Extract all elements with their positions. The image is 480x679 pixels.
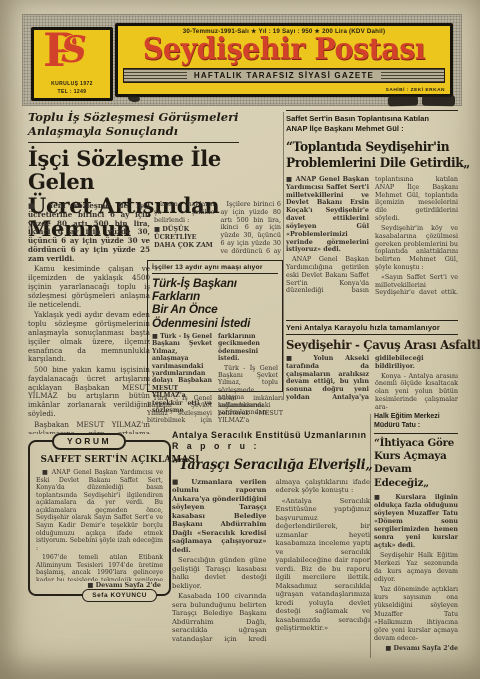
article-paragraph: lanan hakların şu şekilde belirlendi : bbox=[154, 201, 215, 224]
kicker-line: Halk Eğitim Merkezi bbox=[374, 412, 458, 421]
article-turkis-continuation: Türk - İş Genel Başkanı Şevket Yılmaz sö… bbox=[147, 395, 283, 431]
article-kicker: Yeni Antalya Karayolu hızla tamamlanıyor bbox=[286, 320, 458, 335]
logo-letter-s: S bbox=[61, 29, 87, 71]
logo-meta: KURULUŞ 1972 TEL : 1249 bbox=[34, 81, 110, 96]
logo-tel: TEL : 1249 bbox=[34, 89, 110, 97]
article-paragraph: ■ ANAP Genel Başkan Yardımcısı ve Eski D… bbox=[36, 469, 163, 552]
masthead-main: 30-Temmuz-1991-Salı ★ Yıl : 19 Sayı : 95… bbox=[115, 23, 453, 97]
headline-line: Bir An Önce Ödenmesini İstedi bbox=[152, 303, 278, 329]
kicker-line: Anlaşmayla Sonuçlandı bbox=[28, 124, 239, 138]
kicker-line: Müdürü Tatu : bbox=[374, 421, 458, 430]
continued-note: ■ Devamı Sayfa 2'de bbox=[83, 581, 161, 589]
article-body: ■ Kurslara ilginin oldukça fazla olduğun… bbox=[374, 494, 458, 674]
article-lead: ■ ANAP Genel Başkan Yardımcısı Saffet Se… bbox=[286, 176, 369, 254]
article-gul: Saffet Sert'in Basın Toplantısına Katıla… bbox=[286, 110, 458, 302]
article-sozlesme-col2: lanan hakların şu şekilde belirlendi : ■… bbox=[154, 201, 281, 259]
article-paragraph: Başbakan MESUT YILMAZ'ın açıklamasına gö… bbox=[28, 421, 150, 434]
headline-line: “Toplantıda Seydişehir'in bbox=[286, 140, 448, 156]
article-lead: ■ Uzmanlara verilen olumlu raporun Ankar… bbox=[172, 478, 267, 554]
article-kicker: Antalya Seracılık Enstitüsü Uzmanlarının… bbox=[172, 430, 370, 453]
headline-line: Kurs Açmaya bbox=[374, 450, 458, 463]
newspaper-logo: P S KURULUŞ 1972 TEL : 1249 bbox=[31, 27, 113, 101]
yorum-headline: SAFFET SERT'İN AÇIKLAMASI bbox=[40, 454, 158, 465]
scan-artifact bbox=[422, 95, 455, 107]
yorum-column: YORUM SAFFET SERT'İN AÇIKLAMASI ■ ANAP G… bbox=[28, 440, 171, 596]
article-body: ■ ANAP Genel Başkan Yardımcısı Saffet Se… bbox=[286, 176, 458, 302]
article-headline: Seydişehir - Çavuş Arası Asfaltlanıyor bbox=[286, 338, 453, 352]
article-paragraph: Seydişehir'in köy ve kasabalarına çözülm… bbox=[375, 225, 458, 272]
kicker-line: R a p o r u : bbox=[172, 441, 370, 452]
scan-artifact bbox=[388, 95, 418, 106]
article-kicker: Toplu İş Sözleşmesi Görüşmeleri Anlaşmay… bbox=[28, 110, 239, 143]
article-headline: “Toplantıda Seydişehir'in Problemlerini … bbox=[286, 140, 448, 173]
headline-line: Problemlerini Dile Getirdik„ bbox=[286, 156, 448, 172]
article-kicker: İşçiler 13 aydır aynı maaşı alıyor bbox=[152, 264, 278, 274]
article-tarasci: Antalya Seracılık Enstitüsü Uzmanlarının… bbox=[172, 430, 370, 644]
article-paragraph: Türk - İş Genel Başkanı Şevket Yılmaz sö… bbox=[147, 395, 283, 431]
article-paragraph: Seracılığın günden güne geliştiği Taraşç… bbox=[172, 556, 267, 590]
headline-line: İşçi Sözleşme İle Gelen bbox=[28, 147, 264, 194]
kicker-line: ANAP İlçe Başkanı Mehmet Gül : bbox=[286, 124, 458, 134]
masthead-banner: HAFTALIK TARAFSIZ SİYASİ GAZETE bbox=[123, 68, 445, 83]
headline-line: Türk-İş Başkanı Farkların bbox=[152, 277, 278, 303]
article-kicker: Halk Eğitim Merkezi Müdürü Tatu : bbox=[374, 412, 458, 434]
yorum-label: YORUM bbox=[52, 433, 126, 450]
article-paragraph: 1967'de temeli atılan Etibank Alüminyum … bbox=[36, 554, 163, 581]
newspaper-title: Seydişehir Postası bbox=[131, 35, 437, 66]
article-headline: Türk-İş Başkanı Farkların Bir An Önce Öd… bbox=[152, 277, 278, 330]
article-paragraph: Kamu kesiminde çalışan ve ilçemizden de … bbox=[28, 265, 150, 309]
kicker-line: Saffet Sert'in Basın Toplantısına Katıla… bbox=[286, 114, 458, 124]
article-body: ■ Uzmanlara verilen olumlu raporun Ankar… bbox=[172, 478, 370, 644]
article-headline: “İhtiyaca Göre Kurs Açmaya Devam Edeceği… bbox=[374, 437, 458, 490]
headline-line: “İhtiyaca Göre bbox=[374, 437, 458, 450]
article-headline: “Taraşçı Seracılığa Elverişli„ bbox=[172, 457, 360, 473]
logo-monogram-icon: P S bbox=[34, 30, 110, 76]
masthead-owner: SAHİBİ : ZEKİ ERKAN bbox=[386, 88, 445, 93]
article-asfalt: Yeni Antalya Karayolu hızla tamamlanıyor… bbox=[286, 320, 458, 413]
article-body: ■ Yolun Akseki tarafında da çalışmaların… bbox=[286, 355, 458, 413]
article-kicker: Saffet Sert'in Basın Toplantısına Katıla… bbox=[286, 110, 458, 135]
headline-line: Devam Edeceğiz„ bbox=[374, 463, 458, 490]
article-paragraph: Konya - Antalya arasını önemli ölçüde kı… bbox=[375, 373, 458, 412]
article-lead: ■ Yeni sözleşme ile işçi ücretlerine bir… bbox=[28, 202, 150, 263]
article-turkis: İşçiler 13 aydır aynı maaşı alıyor Türk-… bbox=[147, 260, 283, 392]
article-paragraph: İşçilere birinci 6 ay için yüzde 80 artı… bbox=[221, 201, 282, 259]
article-paragraph: 500 bine yakın kamu işçisinin faydalanac… bbox=[28, 366, 150, 419]
logo-founded: KURULUŞ 1972 bbox=[34, 81, 110, 89]
article-paragraph: Yaklaşık yedi aydır devam eden toplu söz… bbox=[28, 311, 150, 364]
kicker-line: Antalya Seracılık Enstitüsü Uzmanlarının bbox=[172, 430, 370, 441]
columnist-signature: Sefa KOYUNCU bbox=[82, 589, 157, 602]
continued-note: ■ Devamı Sayfa 2'de bbox=[374, 645, 458, 653]
article-lead: ■ Kurslara ilginin oldukça fazla olduğun… bbox=[374, 494, 458, 550]
column-divider bbox=[283, 112, 284, 400]
yorum-body: ■ ANAP Genel Başkan Yardımcısı ve Eski D… bbox=[36, 469, 163, 581]
article-subhead: ■ DÜŞÜK ÜCRETLİYE DAHA ÇOK ZAM bbox=[154, 226, 215, 249]
article-halk: Halk Eğitim Merkezi Müdürü Tatu : “İhtiy… bbox=[374, 412, 458, 674]
newspaper-page: P S KURULUŞ 1972 TEL : 1249 30-Temmuz-19… bbox=[0, 0, 480, 679]
masthead: P S KURULUŞ 1972 TEL : 1249 30-Temmuz-19… bbox=[22, 14, 462, 106]
article-paragraph: Seydişehir Halk Eğitim Merkezi Yaz sezon… bbox=[374, 552, 458, 584]
article-paragraph: Yaz döneminde açtıkları kurs sayısının o… bbox=[374, 586, 458, 642]
column-divider bbox=[370, 414, 371, 658]
article-paragraph: «Antalya Seracılık Enstitüsüne yaptığımı… bbox=[276, 497, 371, 633]
article-sozlesme-col1: ■ Yeni sözleşme ile işçi ücretlerine bir… bbox=[28, 202, 150, 434]
banner-label: HAFTALIK TARAFSIZ SİYASİ GAZETE bbox=[187, 71, 381, 80]
kicker-line: Toplu İş Sözleşmesi Görüşmeleri bbox=[28, 110, 239, 124]
